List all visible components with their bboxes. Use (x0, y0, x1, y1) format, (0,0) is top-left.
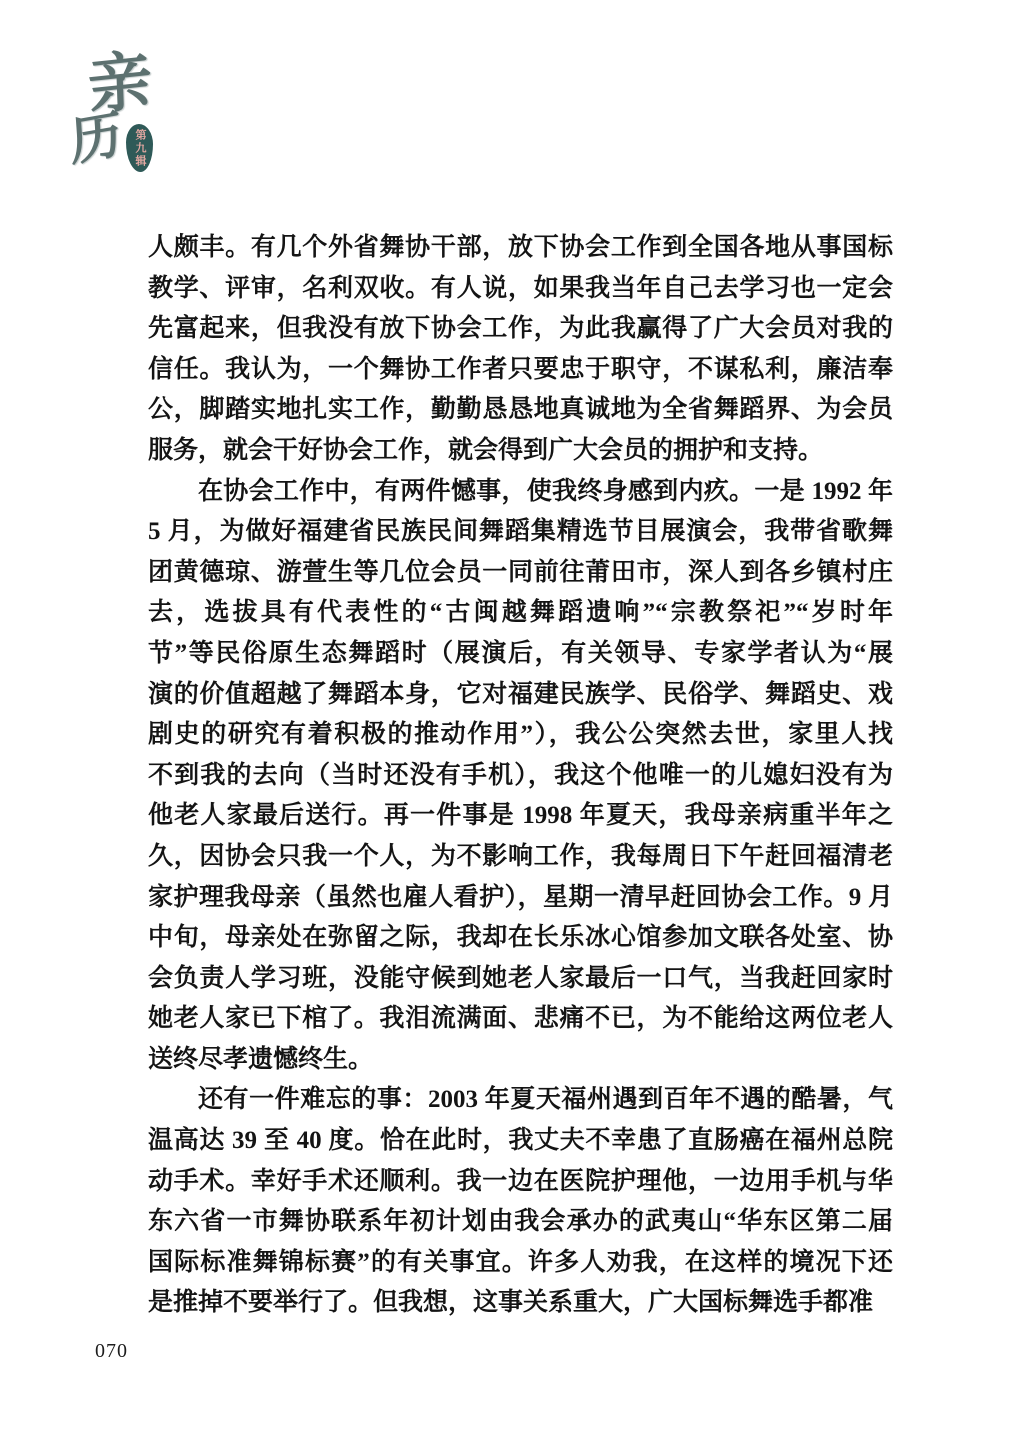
text-line: 5 月，为做好福建省民族民间舞蹈集精选节目展演会，我带省歌舞 (148, 512, 893, 553)
series-logo: 亲 历 第九辑 (68, 46, 198, 181)
text-line: 动手术。幸好手术还顺利。我一边在医院护理他，一边用手机与华 (148, 1162, 893, 1203)
text-line: 先富起来，但我没有放下协会工作，为此我赢得了广大会员对我的 (148, 309, 893, 350)
text-line: 节”等民俗原生态舞蹈时（展演后，有关领导、专家学者认为“展 (148, 634, 893, 675)
text-line: 剧史的研究有着积极的推动作用”），我公公突然去世，家里人找 (148, 715, 893, 756)
text-line: 信任。我认为，一个舞协工作者只要忠于职守，不谋私利，廉洁奉 (148, 350, 893, 391)
text-line: 服务，就会干好协会工作，就会得到广大会员的拥护和支持。 (148, 431, 893, 472)
calligraphy-char-qin: 亲 (87, 49, 153, 120)
text-line: 去，选拔具有代表性的“古闽越舞蹈遗响”“宗教祭祀”“岁时年 (148, 593, 893, 634)
text-line: 演的价值超越了舞蹈本身，它对福建民族学、民俗学、舞蹈史、戏 (148, 675, 893, 716)
page-number: 070 (95, 1340, 128, 1363)
text-line: 温高达 39 至 40 度。恰在此时，我丈夫不幸患了直肠癌在福州总院 (148, 1121, 893, 1162)
text-line: 送终尽孝遗憾终生。 (148, 1040, 893, 1081)
seal-label: 第九辑 (134, 129, 145, 168)
text-line: 国际标准舞锦标赛”的有关事宜。许多人劝我，在这样的境况下还 (148, 1243, 893, 1284)
text-line: 中旬，母亲处在弥留之际，我却在长乐冰心馆参加文联各处室、协 (148, 918, 893, 959)
text-line: 他老人家最后送行。再一件事是 1998 年夏天，我母亲病重半年之 (148, 796, 893, 837)
text-line: 公，脚踏实地扎实工作，勤勤恳恳地真诚地为全省舞蹈界、为会员 (148, 390, 893, 431)
body-text: 人颇丰。有几个外省舞协干部，放下协会工作到全国各地从事国标教学、评审，名利双收。… (148, 228, 893, 1324)
text-line: 会负责人学习班，没能守候到她老人家最后一口气，当我赶回家时 (148, 959, 893, 1000)
text-line: 在协会工作中，有两件憾事，使我终身感到内疚。一是 1992 年 (148, 472, 893, 513)
text-line: 人颇丰。有几个外省舞协干部，放下协会工作到全国各地从事国标 (148, 228, 893, 269)
text-line: 久，因协会只我一个人，为不影响工作，我每周日下午赶回福清老 (148, 837, 893, 878)
text-line: 团黄德琼、游萱生等几位会员一同前往莆田市，深人到各乡镇村庄 (148, 553, 893, 594)
text-line: 教学、评审，名利双收。有人说，如果我当年自己去学习也一定会 (148, 269, 893, 310)
text-line: 还有一件难忘的事：2003 年夏天福州遇到百年不遇的酷暑，气 (148, 1080, 893, 1121)
series-seal: 第九辑 (126, 124, 153, 172)
text-line: 东六省一市舞协联系年初计划由我会承办的武夷山“华东区第二届 (148, 1202, 893, 1243)
calligraphy-char-li: 历 (69, 109, 124, 170)
text-line: 家护理我母亲（虽然也雇人看护），星期一清早赶回协会工作。9 月 (148, 878, 893, 919)
text-line: 是推掉不要举行了。但我想，这事关系重大，广大国标舞选手都准 (148, 1283, 893, 1324)
text-line: 不到我的去向（当时还没有手机），我这个他唯一的儿媳妇没有为 (148, 756, 893, 797)
text-line: 她老人家已下棺了。我泪流满面、悲痛不已，为不能给这两位老人 (148, 999, 893, 1040)
book-page: 亲 历 第九辑 人颇丰。有几个外省舞协干部，放下协会工作到全国各地从事国标教学、… (0, 0, 1022, 1453)
